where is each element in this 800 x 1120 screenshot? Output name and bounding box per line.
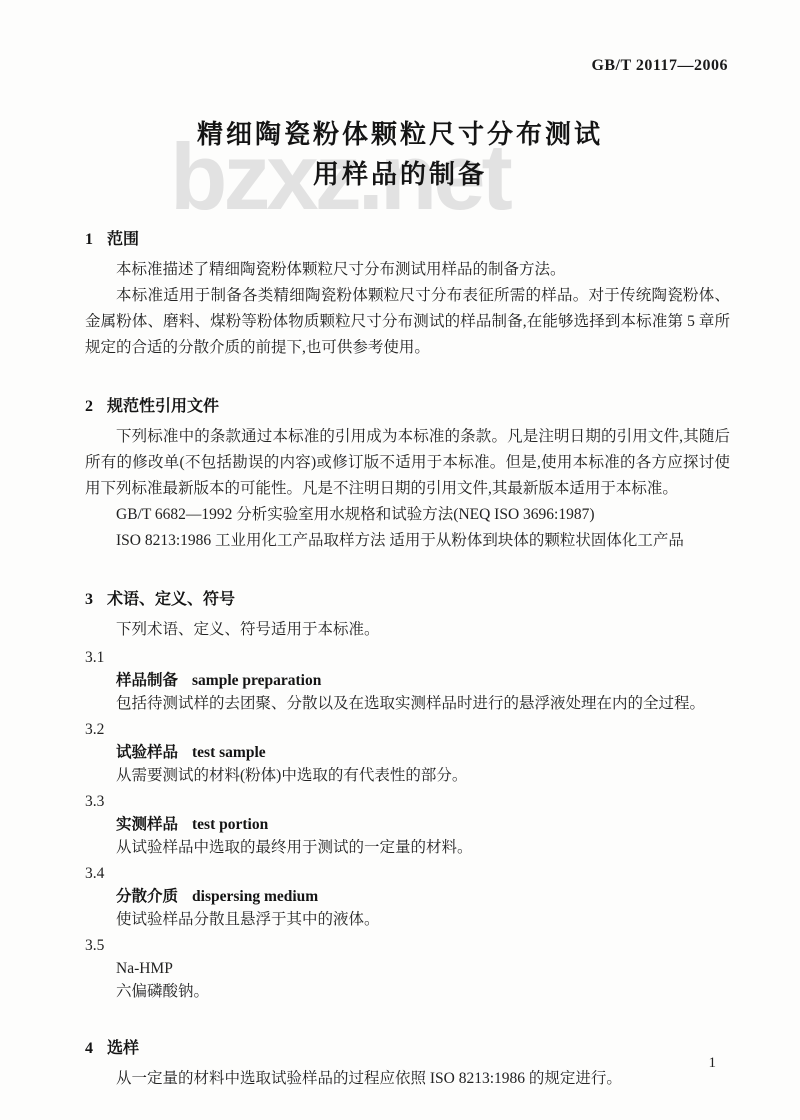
standard-code: GB/T 20117—2006 bbox=[591, 57, 728, 75]
term-definition: 包括待测试样的去团聚、分散以及在选取实测样品时进行的悬浮液处理在内的全过程。 bbox=[85, 692, 730, 715]
section-number: 3 bbox=[85, 591, 93, 608]
scope-paragraph-2: 本标准适用于制备各类精细陶瓷粉体颗粒尺寸分布表征所需的样品。对于传统陶瓷粉体、金… bbox=[85, 283, 730, 361]
term-en: test sample bbox=[192, 744, 266, 761]
section-title: 规范性引用文件 bbox=[107, 398, 219, 415]
term-item-na-hmp: 3.5 Na-HMP 六偏磷酸钠。 bbox=[85, 934, 730, 1003]
document-title-line1: 精细陶瓷粉体颗粒尺寸分布测试 bbox=[0, 114, 800, 154]
section-number: 1 bbox=[85, 231, 93, 248]
term-zh: 试验样品 bbox=[116, 744, 178, 761]
section-title: 选样 bbox=[107, 1040, 139, 1057]
terms-list: 3.1 样品制备sample preparation 包括待测试样的去团聚、分散… bbox=[85, 646, 730, 1003]
term-zh: 分散介质 bbox=[116, 888, 178, 905]
reference-item-gbt6682: GB/T 6682—1992 分析实验室用水规格和试验方法(NEQ ISO 36… bbox=[85, 502, 730, 528]
term-zh: Na-HMP bbox=[116, 960, 173, 977]
section-heading-normative-references: 2规范性引用文件 bbox=[85, 393, 730, 416]
term-item-test-sample: 3.2 试验样品test sample 从需要测试的材料(粉体)中选取的有代表性… bbox=[85, 718, 730, 787]
section-heading-scope: 1范围 bbox=[85, 226, 730, 249]
term-definition: 从需要测试的材料(粉体)中选取的有代表性的部分。 bbox=[85, 764, 730, 787]
section-number: 2 bbox=[85, 398, 93, 415]
term-en: sample preparation bbox=[192, 672, 321, 689]
term-title-row: 实测样品test portion bbox=[85, 813, 730, 836]
term-zh: 实测样品 bbox=[116, 816, 178, 833]
sampling-paragraph: 从一定量的材料中选取试验样品的过程应依照 ISO 8213:1986 的规定进行… bbox=[85, 1066, 730, 1092]
references-paragraph: 下列标准中的条款通过本标准的引用成为本标准的条款。凡是注明日期的引用文件,其随后… bbox=[85, 424, 730, 502]
scope-paragraph-1: 本标准描述了精细陶瓷粉体颗粒尺寸分布测试用样品的制备方法。 bbox=[85, 257, 730, 283]
section-title: 范围 bbox=[107, 231, 139, 248]
document-page: GB/T 20117—2006 bzxz.net 精细陶瓷粉体颗粒尺寸分布测试 … bbox=[0, 0, 800, 1120]
term-item-test-portion: 3.3 实测样品test portion 从试验样品中选取的最终用于测试的一定量… bbox=[85, 790, 730, 859]
term-definition: 使试验样品分散且悬浮于其中的液体。 bbox=[85, 908, 730, 931]
term-number: 3.4 bbox=[85, 862, 730, 885]
term-zh: 样品制备 bbox=[116, 672, 178, 689]
term-definition: 六偏磷酸钠。 bbox=[85, 980, 730, 1003]
term-item-dispersing-medium: 3.4 分散介质dispersing medium 使试验样品分散且悬浮于其中的… bbox=[85, 862, 730, 931]
term-number: 3.5 bbox=[85, 934, 730, 957]
term-en: test portion bbox=[192, 816, 268, 833]
reference-item-iso8213: ISO 8213:1986 工业用化工产品取样方法 适用于从粉体到块体的颗粒状固… bbox=[85, 528, 730, 554]
section-title: 术语、定义、符号 bbox=[107, 591, 235, 608]
term-item-sample-preparation: 3.1 样品制备sample preparation 包括待测试样的去团聚、分散… bbox=[85, 646, 730, 715]
document-title: 精细陶瓷粉体颗粒尺寸分布测试 用样品的制备 bbox=[0, 114, 800, 194]
term-title-row: 分散介质dispersing medium bbox=[85, 885, 730, 908]
section-number: 4 bbox=[85, 1040, 93, 1057]
section-heading-sampling: 4选样 bbox=[85, 1035, 730, 1058]
term-number: 3.3 bbox=[85, 790, 730, 813]
term-title-row: Na-HMP bbox=[85, 957, 730, 980]
term-en: dispersing medium bbox=[192, 888, 318, 905]
term-title-row: 样品制备sample preparation bbox=[85, 669, 730, 692]
document-title-line2: 用样品的制备 bbox=[0, 154, 800, 194]
term-title-row: 试验样品test sample bbox=[85, 741, 730, 764]
section-heading-terms-definitions: 3术语、定义、符号 bbox=[85, 586, 730, 609]
term-definition: 从试验样品中选取的最终用于测试的一定量的材料。 bbox=[85, 836, 730, 859]
term-number: 3.1 bbox=[85, 646, 730, 669]
term-number: 3.2 bbox=[85, 718, 730, 741]
document-content: 1范围 本标准描述了精细陶瓷粉体颗粒尺寸分布测试用样品的制备方法。 本标准适用于… bbox=[85, 226, 730, 1092]
terms-intro-paragraph: 下列术语、定义、符号适用于本标准。 bbox=[85, 617, 730, 643]
